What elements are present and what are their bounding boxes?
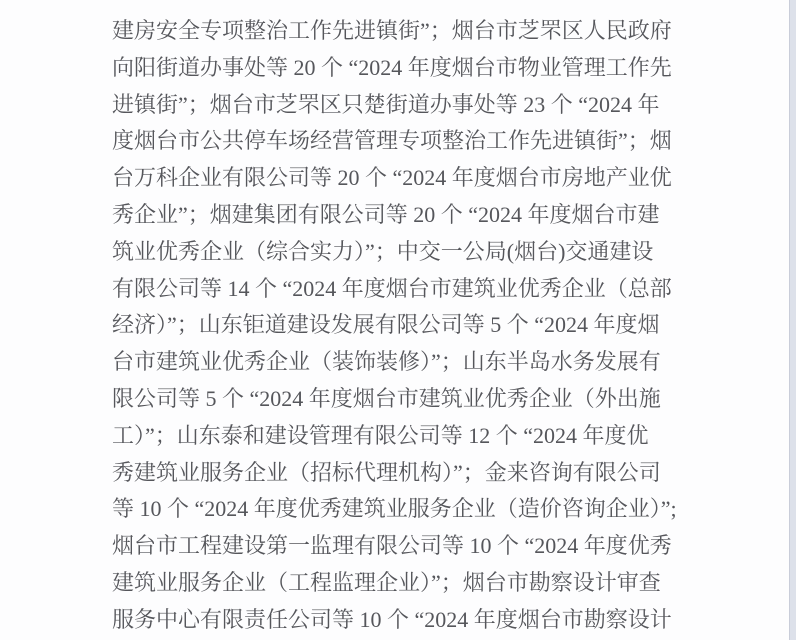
text-line: 进镇街”；烟台市芝罘区只楚街道办事处等 23 个 “2024 年 bbox=[112, 87, 684, 124]
scrollbar-track[interactable] bbox=[789, 0, 796, 640]
document-page: 建房安全专项整治工作先进镇街”；烟台市芝罘区人民政府向阳街道办事处等 20 个 … bbox=[0, 0, 796, 640]
text-line: 台万科企业有限公司等 20 个 “2024 年度烟台市房地产业优 bbox=[112, 160, 684, 197]
text-line: 筑业优秀企业（综合实力）”；中交一公局(烟台)交通建设 bbox=[112, 234, 684, 271]
text-line: 建筑业服务企业（工程监理企业）”；烟台市勘察设计审查 bbox=[112, 565, 684, 602]
text-line: 烟台市工程建设第一监理有限公司等 10 个 “2024 年度优秀 bbox=[112, 528, 684, 565]
text-line: 限公司等 5 个 “2024 年度烟台市建筑业优秀企业（外出施 bbox=[112, 381, 684, 418]
text-line: 经济）”；山东钜道建设发展有限公司等 5 个 “2024 年度烟 bbox=[112, 307, 684, 344]
text-line: 秀企业”；烟建集团有限公司等 20 个 “2024 年度烟台市建 bbox=[112, 197, 684, 234]
text-line: 建房安全专项整治工作先进镇街”；烟台市芝罘区人民政府 bbox=[112, 13, 684, 50]
text-line: 服务中心有限责任公司等 10 个 “2024 年度烟台市勘察设计 bbox=[112, 602, 684, 639]
text-line: 工）”；山东泰和建设管理有限公司等 12 个 “2024 年度优 bbox=[112, 418, 684, 455]
text-line: 向阳街道办事处等 20 个 “2024 年度烟台市物业管理工作先 bbox=[112, 50, 684, 87]
text-block: 建房安全专项整治工作先进镇街”；烟台市芝罘区人民政府向阳街道办事处等 20 个 … bbox=[112, 13, 684, 639]
text-line: 度烟台市公共停车场经营管理专项整治工作先进镇街”；烟 bbox=[112, 123, 684, 160]
text-line: 有限公司等 14 个 “2024 年度烟台市建筑业优秀企业（总部 bbox=[112, 271, 684, 308]
text-line: 台市建筑业优秀企业（装饰装修）”；山东半岛水务发展有 bbox=[112, 344, 684, 381]
text-line: 等 10 个 “2024 年度优秀建筑业服务企业（造价咨询企业）”; bbox=[112, 491, 684, 528]
text-line: 秀建筑业服务企业（招标代理机构）”；金来咨询有限公司 bbox=[112, 455, 684, 492]
